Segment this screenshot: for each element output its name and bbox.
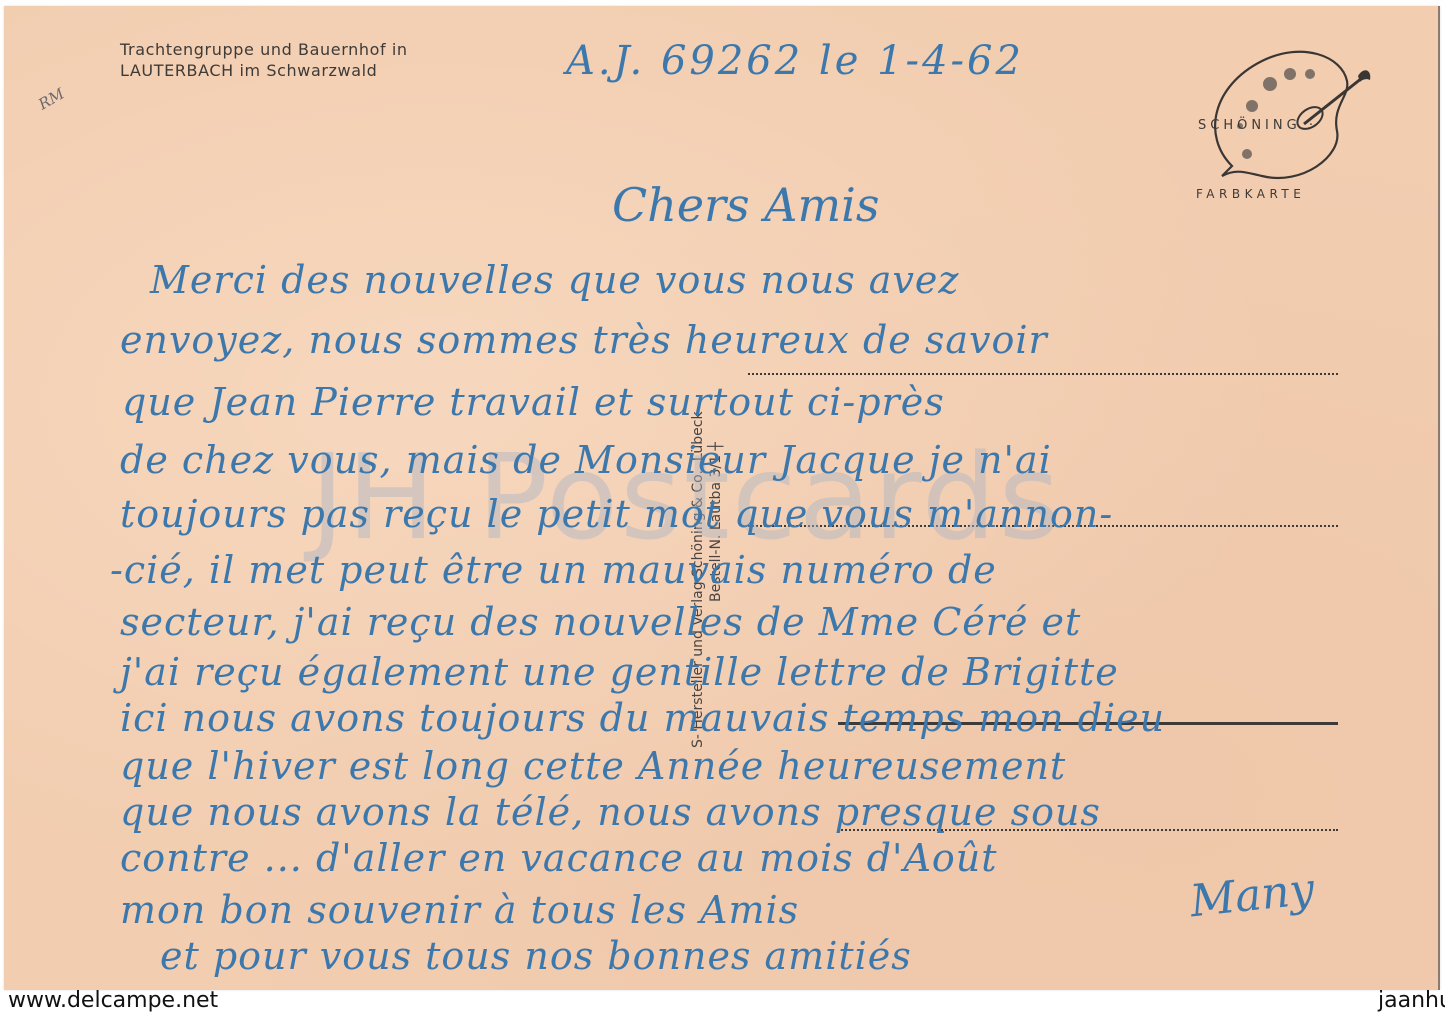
handwritten-line: que l'hiver est long cette Année heureus… — [120, 744, 1066, 788]
printed-title-line-1: Trachtengruppe und Bauernhof in — [120, 40, 408, 59]
handwritten-line: envoyez, nous sommes très heureux de sav… — [120, 318, 1048, 362]
handwritten-line: que nous avons la télé, nous avons presq… — [120, 790, 1101, 834]
handwritten-line: contre ... d'aller en vacance au mois d'… — [120, 836, 998, 880]
handwritten-line: mon bon souvenir à tous les Amis — [120, 888, 799, 932]
handwritten-line: secteur, j'ai reçu des nouvelles de Mme … — [120, 600, 1081, 644]
handwritten-date: A.J. 69262 le 1-4-62 — [566, 38, 1024, 84]
publisher-name: SCHÖNING · — [1198, 118, 1317, 133]
handwritten-line: Merci des nouvelles que vous nous avez — [150, 258, 959, 302]
printed-title-line-2: LAUTERBACH im Schwarzwald — [120, 61, 377, 80]
site-caption: www.delcampe.net — [8, 988, 218, 1013]
seller-caption: jaanhus — [1378, 988, 1445, 1013]
address-line-1 — [748, 373, 1338, 375]
handwritten-line: et pour vous tous nos bonnes amitiés — [160, 934, 912, 978]
handwritten-line: j'ai reçu également une gentille lettre … — [120, 650, 1119, 694]
handwritten-line: de chez vous, mais de Monsieur Jacque je… — [120, 438, 1052, 482]
handwritten-line: que Jean Pierre travail et surtout ci-pr… — [122, 380, 945, 424]
handwritten-line: ici nous avons toujours du mauvais temps… — [120, 696, 1165, 740]
handwritten-line: -cié, il met peut être un mauvais numéro… — [110, 548, 997, 592]
handwritten-greeting: Chers Amis — [612, 178, 879, 232]
handwritten-line: toujours pas reçu le petit mot que vous … — [120, 492, 1113, 536]
publisher-subtitle: FARBKARTE — [1196, 187, 1305, 201]
